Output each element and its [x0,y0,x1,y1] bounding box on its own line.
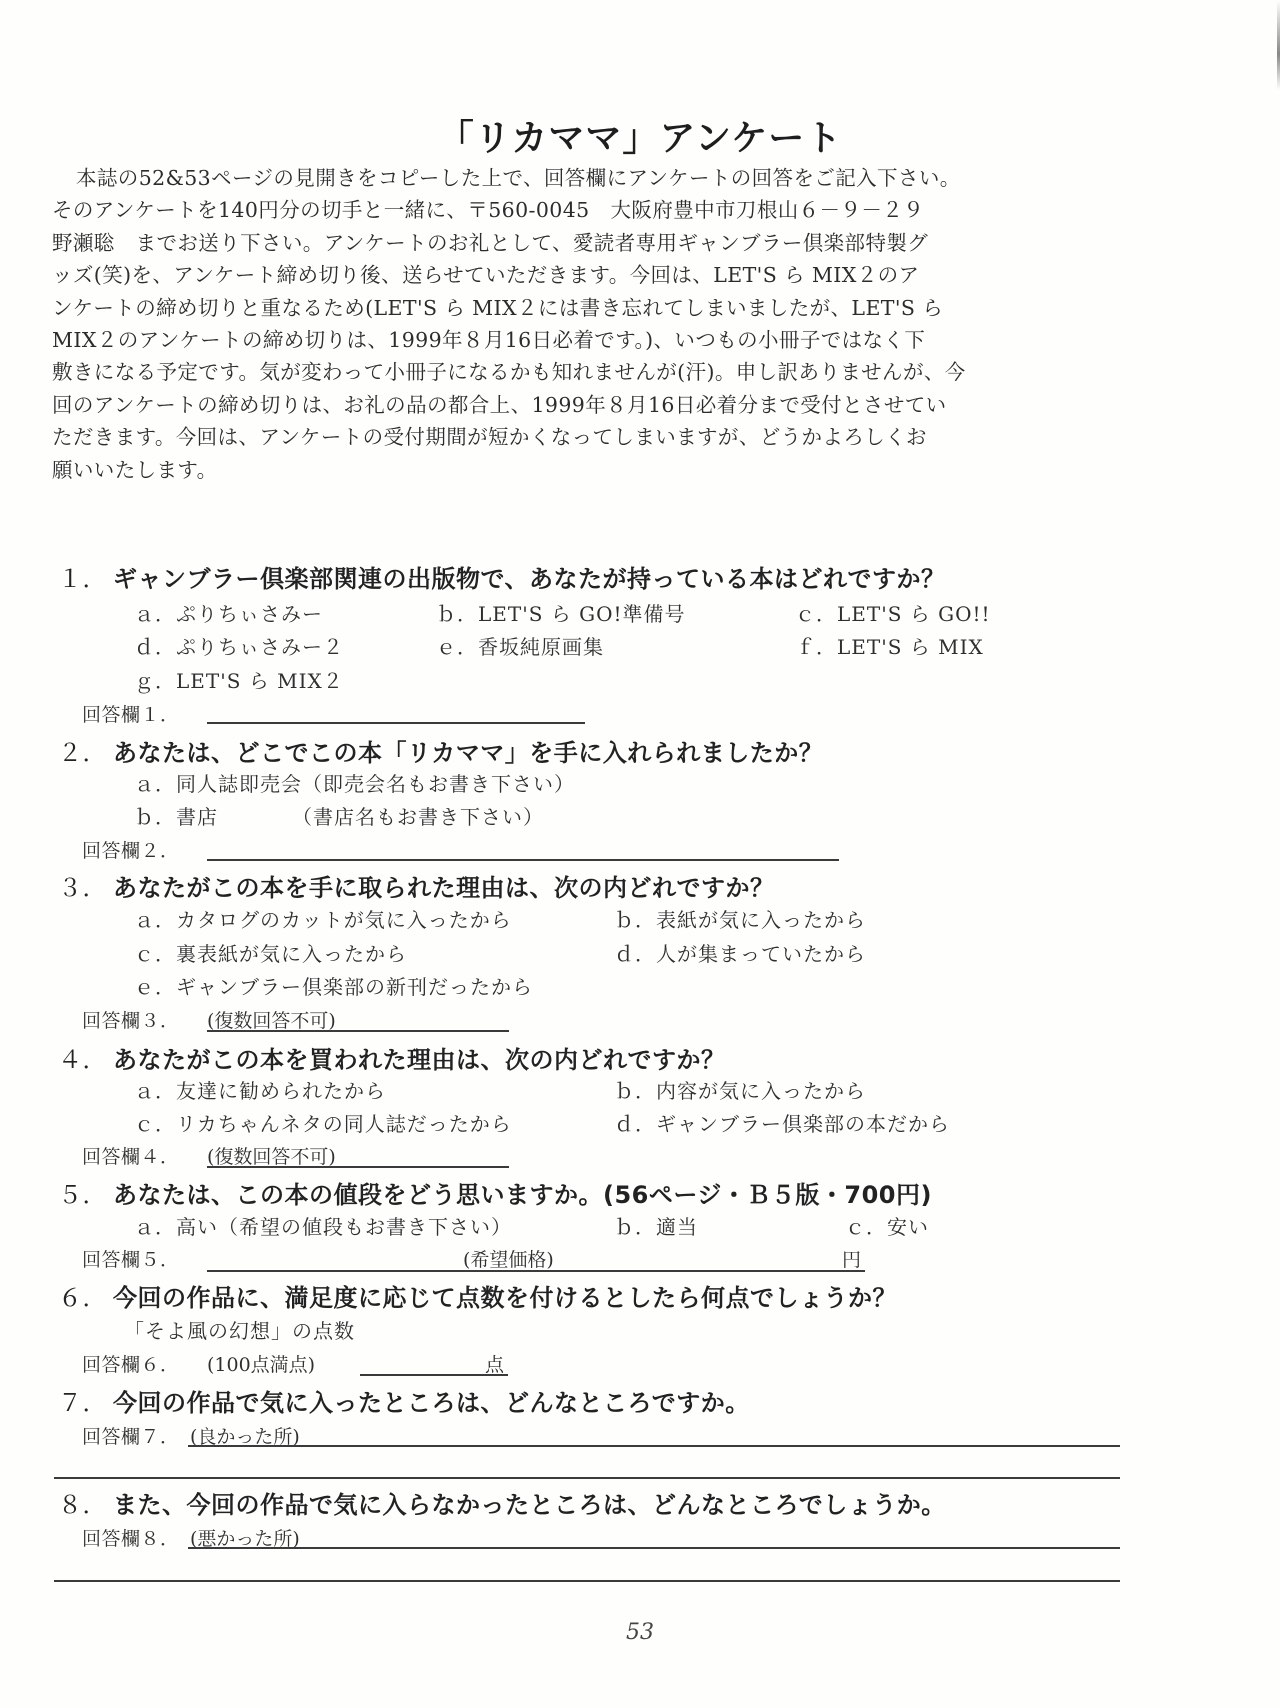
answer-suffix-6: 点 [485,1350,504,1377]
answer-label-8: 回答欄８． [82,1524,180,1551]
answer-hint-3: (復数回答不可) [207,1006,336,1033]
intro-line: ただきます。今回は、アンケートの受付期間が短かくなってしまいますが、どうかよろし… [52,421,1142,453]
question-text: また、今回の作品で気に入らなかったところは、どんなところでしょうか。 [113,1491,946,1519]
question-number: ３． [58,874,107,902]
answer-field-3[interactable] [207,1030,509,1032]
question-4: ４．あなたがこの本を買われた理由は、次の内どれですか？ [58,1040,726,1075]
answer-hint-5: (希望価格) [463,1245,554,1272]
question-8: ８．また、今回の作品で気に入らなかったところは、どんなところでしょうか。 [58,1485,946,1520]
question-text: あなたがこの本を買われた理由は、次の内どれですか？ [113,1046,726,1074]
question-3: ３．あなたがこの本を手に取られた理由は、次の内どれですか？ [58,868,775,903]
question-1: １．ギャンブラー倶楽部関連の出版物で、あなたが持っている本はどれですか？ [58,559,946,594]
question-text: あなたがこの本を手に取られた理由は、次の内どれですか？ [113,874,775,902]
page-number: 53 [0,1620,1280,1645]
answer-label-1: 回答欄１． [82,700,180,727]
answer-field-2[interactable] [207,859,839,861]
question-6-subtext: 「そよ風の幻想」の点数 [124,1315,355,1344]
question-number: ６． [58,1284,107,1312]
question-text: ギャンブラー倶楽部関連の出版物で、あなたが持っている本はどれですか？ [113,565,946,593]
option-3c: ｃ．裏表紙が気に入ったから [134,938,407,967]
intro-line: MIX２のアンケートの締め切りは、1999年８月16日必着です。)、いつもの小冊… [52,324,1142,356]
option-4b: ｂ．内容が気に入ったから [614,1075,866,1104]
option-5a: ａ．高い（希望の値段もお書き下さい） [134,1211,512,1240]
answer-field-6[interactable] [360,1374,508,1376]
answer-label-7: 回答欄７． [82,1422,180,1449]
intro-line: そのアンケートを140円分の切手と一緒に、〒560-0045 大阪府豊中市刀根山… [52,194,1142,226]
answer-label-6: 回答欄６． [82,1350,180,1377]
question-text: あなたは、この本の値段をどう思いますか。(56ページ・Ｂ５版・700円) [113,1181,932,1209]
answer-field-7-line-2[interactable] [54,1477,1120,1479]
answer-field-8-line-1[interactable] [188,1547,1120,1549]
answer-label-5: 回答欄５． [82,1245,180,1272]
answer-field-1[interactable] [207,722,585,724]
question-number: １． [58,565,107,593]
option-1g: ｇ．LET'S ら MIX２ [134,665,344,694]
option-5b: ｂ．適当 [614,1211,698,1240]
intro-line: 願いいたします。 [52,454,1142,486]
question-number: ５． [58,1181,107,1209]
answer-label-2: 回答欄２． [82,836,180,863]
intro-line: 本誌の52&53ページの見開きをコピーした上で、回答欄にアンケートの回答をご記入… [52,162,1142,194]
option-1d: ｄ．ぷりちぃさみー２ [134,631,344,660]
question-2: ２．あなたは、どこでこの本「リカママ」を手に入れられましたか？ [58,733,823,768]
option-3d: ｄ．人が集まっていたから [614,938,866,967]
answer-label-4: 回答欄４． [82,1142,180,1169]
question-5: ５．あなたは、この本の値段をどう思いますか。(56ページ・Ｂ５版・700円) [58,1175,932,1210]
intro-line: 野瀬聡 までお送り下さい。アンケートのお礼として、愛読者専用ギャンブラー倶楽部特… [52,227,1142,259]
intro-line: 敷きになる予定です。気が変わって小冊子になるかも知れませんが(汗)。申し訳ありま… [52,356,1142,388]
answer-field-8-line-2[interactable] [54,1580,1120,1582]
answer-suffix-5: 円 [842,1245,861,1272]
question-number: ７． [58,1389,107,1417]
option-4d: ｄ．ギャンブラー倶楽部の本だから [614,1108,950,1137]
option-1c: ｃ．LET'S ら GO!! [795,598,991,627]
option-3a: ａ．カタログのカットが気に入ったから [134,904,512,933]
question-7: ７．今回の作品で気に入ったところは、どんなところですか。 [58,1383,750,1418]
question-text: 今回の作品で気に入ったところは、どんなところですか。 [113,1389,750,1417]
option-1a: ａ．ぷりちぃさみー [134,598,323,627]
answer-field-4[interactable] [207,1166,509,1168]
answer-label-3: 回答欄３． [82,1006,180,1033]
question-number: ４． [58,1046,107,1074]
intro-line: 回のアンケートの締め切りは、お礼の品の都合上、1999年８月16日必着分まで受付… [52,389,1142,421]
option-4c: ｃ．リカちゃんネタの同人誌だったから [134,1108,512,1137]
option-2b: ｂ．書店 （書店名もお書き下さい） [134,801,544,830]
option-1f: ｆ．LET'S ら MIX [795,631,984,660]
question-text: 今回の作品に、満足度に応じて点数を付けるとしたら何点でしょうか？ [113,1284,897,1312]
option-1b: ｂ．LET'S ら GO!準備号 [436,598,686,627]
option-5c: ｃ．安い [845,1211,929,1240]
intro-line: ンケートの締め切りと重なるため(LET'S ら MIX２には書き忘れてしまいまし… [52,292,1142,324]
question-number: ８． [58,1491,107,1519]
question-number: ２． [58,739,107,767]
answer-field-7-line-1[interactable] [188,1445,1120,1447]
option-3b: ｂ．表紙が気に入ったから [614,904,866,933]
question-6: ６．今回の作品に、満足度に応じて点数を付けるとしたら何点でしょうか？ [58,1278,897,1313]
answer-field-5[interactable] [207,1270,865,1272]
option-3e: ｅ．ギャンブラー倶楽部の新刊だったから [134,971,533,1000]
page-title: 「リカママ」アンケート [0,110,1280,161]
answer-hint-4: (復数回答不可) [207,1142,336,1169]
question-text: あなたは、どこでこの本「リカママ」を手に入れられましたか？ [113,739,823,767]
answer-hint-6: (100点満点) [207,1350,315,1377]
option-2a: ａ．同人誌即売会（即売会名もお書き下さい） [134,768,575,797]
intro-line: ッズ(笑)を、アンケート締め切り後、送らせていただきます。今回は、LET'S ら… [52,259,1142,291]
option-4a: ａ．友達に勧められたから [134,1075,386,1104]
option-1e: ｅ．香坂純原画集 [436,631,604,660]
intro-paragraph: 本誌の52&53ページの見開きをコピーした上で、回答欄にアンケートの回答をご記入… [52,162,1142,486]
